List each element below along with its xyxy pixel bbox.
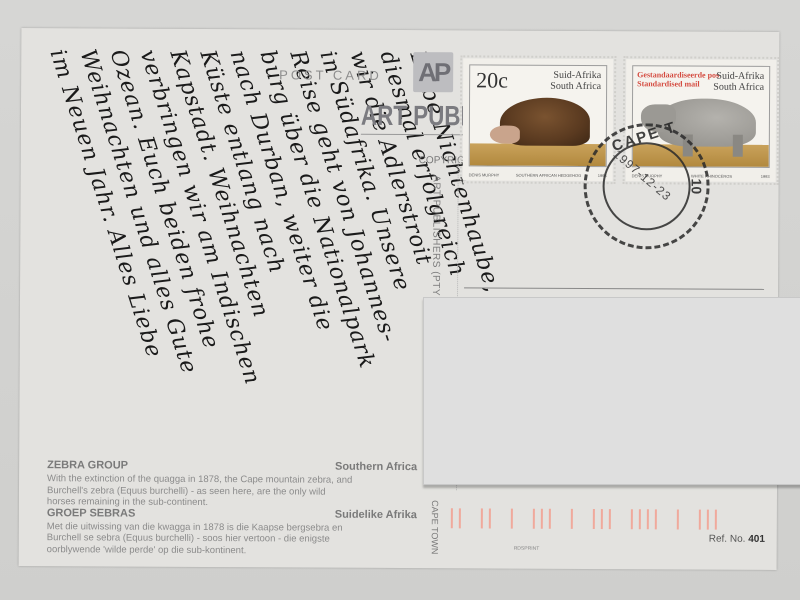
stamp-rate: Gestandaardiseerde pos Standardised mail [637,70,719,88]
caption-region-af: Suidelike Afrika [335,509,417,521]
publisher-vertical-text: ART PUBLISHERS (PTY [430,175,442,296]
rhino-leg [733,135,743,157]
caption-title-af: GROEP SEBRAS [47,507,135,519]
caption-text-af-3: oorblywende 'wilde perde' op die sub-kon… [47,544,417,557]
cape-town-vertical-text: CAPE TOWN [430,500,440,554]
printer-label: RDSPRINT [514,546,540,552]
caption-title-en: ZEBRA GROUP [47,459,128,471]
caption-region-en: Southern Africa [335,462,417,474]
stamp-country: Suid-Afrika South Africa [550,70,601,92]
reference-number: Ref. No. 401 [709,534,765,545]
publisher-logo-icon: AP [413,52,453,92]
stamp-country: Suid-Afrika South Africa [713,71,764,93]
grass-illustration [470,143,606,166]
hedgehog-face-illustration [490,125,520,143]
post-card-label: POST CARD [279,67,382,83]
address-line [464,287,764,290]
photo-caption: ZEBRA GROUP Southern Africa With the ext… [47,460,417,557]
stamp-value: 20c [476,67,508,93]
postal-barcode [451,508,751,530]
postmark: CAPE T 1997-12-23 10 [583,123,710,250]
cover-card [423,297,800,485]
postmark-code: 10 [689,179,705,195]
